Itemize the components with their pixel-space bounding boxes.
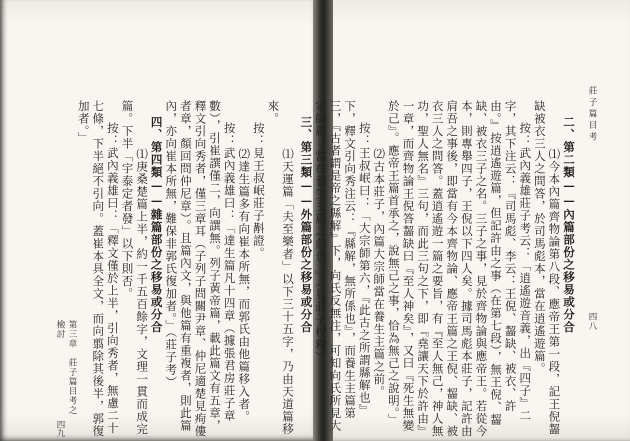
left-page: ⑴天運篇「夫至樂者」以下三十五字，乃由天道篇移來。 按：見王叔岷莊子斠證。 ⑵達…: [0, 0, 313, 441]
right-page-number: 四八: [586, 312, 598, 342]
left-heading-section-4: 四、第四類——雜篇部份之移易或分合: [149, 100, 164, 438]
left-item-dasheng: ⑵達生篇多有向崔本所無，而郭氏由他篇移入者。: [237, 100, 252, 438]
left-page-number: 四九: [54, 420, 66, 441]
right-page-body: 二、第二類——內篇部份之移易或分合 ⑴今本內篇齊物論第八段、應帝王第一段，記王倪…: [345, 100, 576, 438]
left-page-body: ⑴天運篇「夫至樂者」以下三十五字，乃由天道篇移來。 按：見王叔岷莊子斠證。 ⑵達…: [70, 100, 295, 438]
right-item-qiwulun: ⑴今本內篇齊物論第八段、應帝王第一段，記王倪齧缺被衣三人之問答，於司馬彪本，當在…: [532, 100, 561, 438]
left-margin-chapter-title: 第三章 莊子篇目考之檢討: [54, 320, 78, 420]
left-item-tianyun: ⑴天運篇「夫至樂者」以下三十五字，乃由天道篇移來。: [266, 100, 295, 438]
book-scan: ⑴天運篇「夫至樂者」以下三十五字，乃由天道篇移來。 按：見王叔岷莊子斠證。 ⑵達…: [0, 0, 630, 441]
right-margin-book-title: 莊子篇目考: [586, 86, 598, 166]
right-note-wangshumin: 按：王叔岷曰：「大宗師第六，『此古之所謂縣解也』下，釋文引向秀注云：『縣解，無所…: [313, 100, 371, 438]
left-note-gengsangchu: 按：武內義雄曰：「釋文僅於上半，引向秀者，無慮二十七條，下半絕不引向。蓋崔本具全…: [76, 100, 120, 438]
right-heading-section-3: 三、第三類——外篇部份之移易或分合: [299, 100, 314, 438]
right-page: 二、第二類——內篇部份之移易或分合 ⑴今本內篇齊物論第八段、應帝王第一段，記王倪…: [333, 0, 630, 441]
right-heading-section-2: 二、第二類——內篇部份之移易或分合: [561, 100, 576, 438]
right-item-dazongshi: ⑵古本莊子，內篇大宗師當在養生主篇之前。: [372, 100, 387, 438]
left-item-gengsangchu: ⑴庚桑楚篇上半，約一千五百餘字，文理一貫而成完篇。下半「宇泰定者發」以下則否。: [120, 100, 149, 438]
right-note-takeuchi: 按：武內義雄莊子考云：「逍遙遊音義，出『四子』二字，其下注云：『司馬彪、李云：王…: [386, 100, 532, 438]
left-note-tianyun: 按：見王叔岷莊子斠證。: [251, 100, 266, 438]
left-note-dasheng: 按：武內義雄曰：「達生篇凡十四章（據張君房莊子章數），引崔譔僅二，向譔無。列子黃…: [164, 100, 237, 438]
